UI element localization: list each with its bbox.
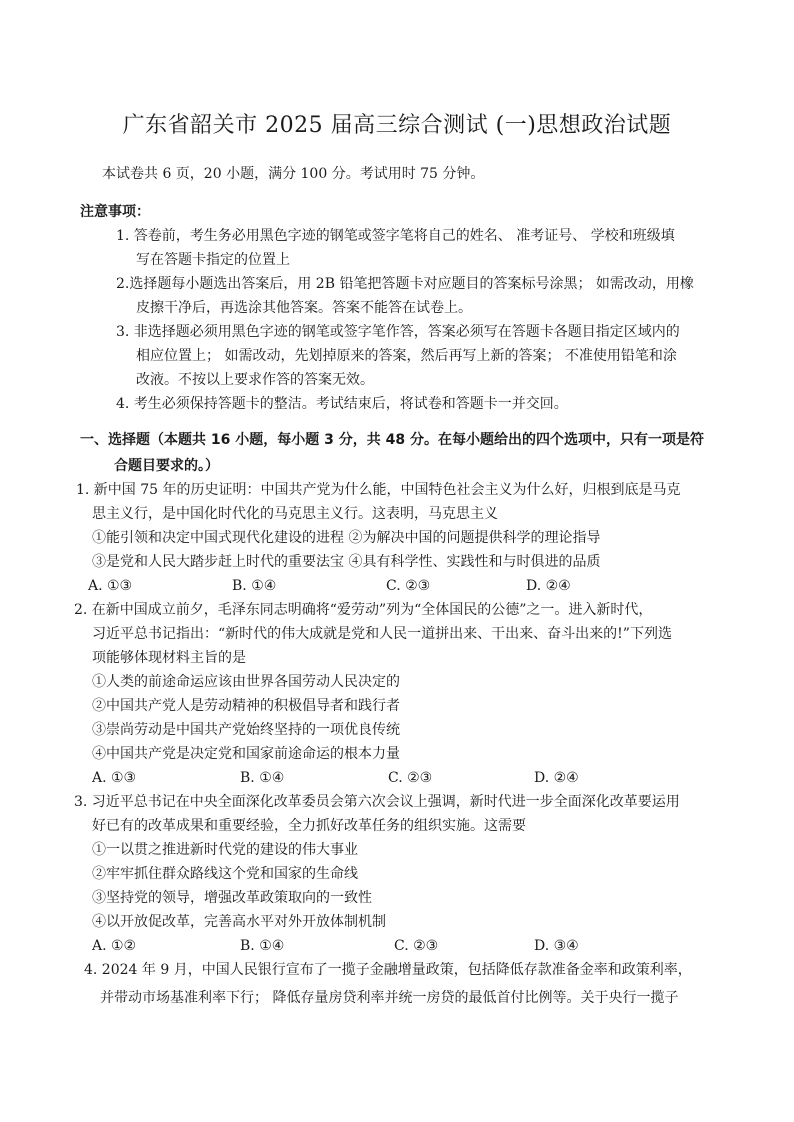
q2-stem-line-2: 习近平总书记指出：“新时代的伟大成就是党和人民一道拼出来、干出来、奋斗出来的!”… xyxy=(92,626,672,642)
q1-option-a[interactable]: A. ①③ xyxy=(88,578,132,594)
q1-option-d[interactable]: D. ②④ xyxy=(526,578,571,594)
q2-option-b[interactable]: B. ①④ xyxy=(240,770,284,786)
notice-item-3-line-1: 3. 非选择题必须用黑色字迹的钢笔或签字笔作答，答案必须写在答题卡各题目指定区域… xyxy=(116,324,680,340)
q3-statement-1: ①一以贯之推进新时代党的建设的伟大事业 xyxy=(92,842,358,858)
q4-stem-line-2: 并带动市场基准利率下行； 降低存量房贷利率并统一房贷的最低首付比例等。关于央行一… xyxy=(100,990,678,1006)
q3-stem-line-2: 好已有的改革成果和重要经验，全力抓好改革任务的组织实施。这需要 xyxy=(92,818,526,834)
q2-stem-line-1: 2. 在新中国成立前夕，毛泽东同志明确将“爱劳动”列为“全体国民的公德”之一。进… xyxy=(74,602,652,618)
notice-item-1-line-2: 写在答题卡指定的位置上 xyxy=(136,252,290,268)
intro-text: 本试卷共 6 页，20 小题，满分 100 分。考试用时 75 分钟。 xyxy=(102,166,484,182)
q3-statement-3: ③坚持党的领导，增强改革政策取向的一致性 xyxy=(92,890,372,906)
q3-option-a[interactable]: A. ①② xyxy=(92,938,136,954)
q1-statement-2: ③是党和人民大踏步赶上时代的重要法宝 ④具有科学性、实践性和与时俱进的品质 xyxy=(92,554,600,570)
q2-statement-1: ①人类的前途命运应该由世界各国劳动人民决定的 xyxy=(92,674,400,690)
q2-statement-3: ③崇尚劳动是中国共产党始终坚持的一项优良传统 xyxy=(92,722,400,738)
notice-item-2-line-1: 2.选择题每小题选出答案后，用 2B 铅笔把答题卡对应题目的答案标号涂黑； 如需… xyxy=(116,276,694,292)
q1-stem-line-1: 1. 新中国 75 年的历史证明：中国共产党为什么能，中国特色社会主义为什么好，… xyxy=(76,482,681,498)
q2-statement-2: ②中国共产党人是劳动精神的积极倡导者和践行者 xyxy=(92,698,400,714)
q2-option-c[interactable]: C. ②③ xyxy=(388,770,432,786)
q2-stem-line-3: 项能够体现材料主旨的是 xyxy=(92,650,246,666)
q3-option-c[interactable]: C. ②③ xyxy=(394,938,438,954)
notice-item-4-line-1: 4. 考生必须保持答题卡的整洁。考试结束后，将试卷和答题卡一并交回。 xyxy=(116,396,568,412)
q1-statement-1: ①能引领和决定中国式现代化建设的进程 ②为解决中国的问题提供科学的理论指导 xyxy=(92,530,600,546)
q2-option-a[interactable]: A. ①③ xyxy=(92,770,136,786)
q2-option-d[interactable]: D. ②④ xyxy=(534,770,579,786)
page-title: 广东省韶关市 2025 届高三综合测试 (一)思想政治试题 xyxy=(0,108,794,139)
section-heading-line-2: 合题目要求的。） xyxy=(114,458,219,474)
q4-stem-line-1: 4. 2024 年 9 月，中国人民银行宣布了一揽子金融增量政策，包括降低存款准… xyxy=(84,962,692,978)
notice-item-1-line-1: 1. 答卷前，考生务必用黑色字迹的钢笔或签字笔将自己的姓名、 准考证号、 学校和… xyxy=(116,228,675,244)
section-heading-line-1: 一、选择题（本题共 16 小题，每小题 3 分，共 48 分。在每小题给出的四个… xyxy=(80,432,704,448)
q3-stem-line-1: 3. 习近平总书记在中央全面深化改革委员会第六次会议上强调，新时代进一步全面深化… xyxy=(74,794,680,810)
q1-option-c[interactable]: C. ②③ xyxy=(386,578,430,594)
q2-statement-4: ④中国共产党是决定党和国家前途命运的根本力量 xyxy=(92,746,400,762)
q3-option-d[interactable]: D. ③④ xyxy=(534,938,579,954)
q1-stem-line-2: 思主义行，是中国化时代化的马克思主义行。这表明，马克思主义 xyxy=(92,506,498,522)
q1-option-b[interactable]: B. ①④ xyxy=(232,578,276,594)
q3-option-b[interactable]: B. ①④ xyxy=(240,938,284,954)
notice-item-2-line-2: 皮擦干净后，再选涂其他答案。答案不能答在试卷上。 xyxy=(136,300,472,316)
q3-statement-4: ④以开放促改革，完善高水平对外开放体制机制 xyxy=(92,914,386,930)
notice-heading: 注意事项： xyxy=(80,204,150,220)
q3-statement-2: ②牢牢抓住群众路线这个党和国家的生命线 xyxy=(92,866,358,882)
notice-item-3-line-2: 相应位置上； 如需改动，先划掉原来的答案，然后再写上新的答案； 不准使用铅笔和涂 xyxy=(136,348,677,364)
notice-item-3-line-3: 改液。不按以上要求作答的答案无效。 xyxy=(136,372,374,388)
